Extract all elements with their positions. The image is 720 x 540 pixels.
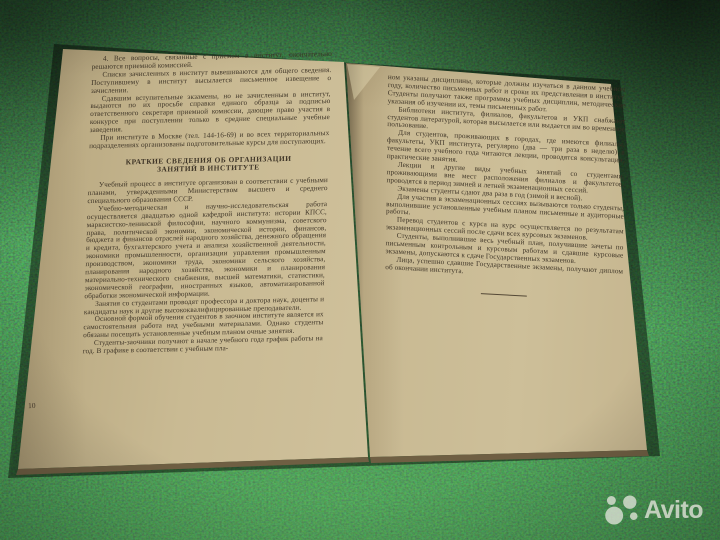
paragraph: При институте в Москве (тел. 144-16-69) … [89, 130, 329, 151]
page-number: 10 [28, 401, 36, 410]
right-page-text: ном указаны дисциплины, которые должны и… [385, 74, 626, 301]
left-page-text: 4. Все вопросы, связанные с приемом в ин… [83, 51, 332, 356]
paragraph: Учебно-методическая и научно-исследовате… [84, 201, 327, 301]
avito-watermark: Avito [603, 492, 703, 528]
avito-logo-icon [603, 492, 641, 528]
paragraph: Сдавшим вступительные экзамены, но не за… [90, 91, 331, 136]
avito-wordmark: Avito [644, 498, 703, 523]
photo-scene: 4. Все вопросы, связанные с приемом в ин… [0, 0, 720, 540]
section-heading: КРАТКИЕ СВЕДЕНИЯ ОБ ОРГАНИЗАЦИИ ЗАНЯТИЙ … [88, 154, 328, 176]
